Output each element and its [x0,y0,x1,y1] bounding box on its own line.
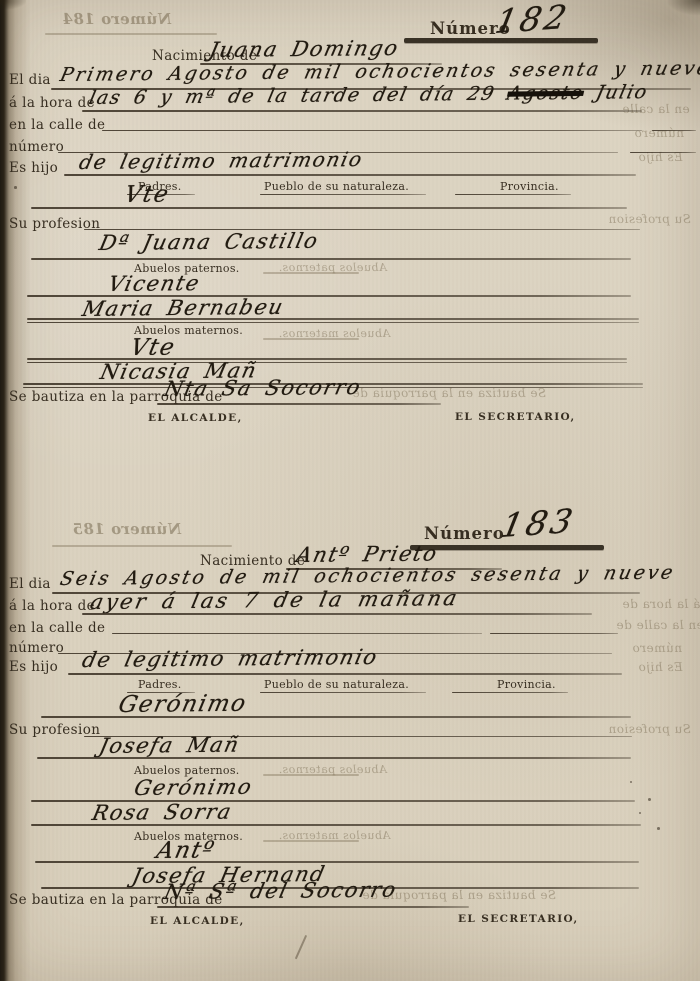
ghost-text: Es hijo [637,660,683,674]
ghost-text: en la calle de [615,618,700,632]
ink-speck [630,781,632,783]
ink-speck [657,827,660,830]
ghost-text: Su profesion [607,722,691,736]
time-handwritten: las 6 y mª de la tarde del día 29 Agosto… [87,81,650,109]
time-crossed-out-word: Agosto [505,82,586,105]
time-part: las 6 y mª de la tarde del día 29 [87,83,497,109]
parish-handwritten: Nª Sª del Socorro [162,878,400,904]
rule [112,633,482,634]
rule [102,130,642,131]
maternal-grandfather-handwritten: Antº [154,837,218,864]
calle-label: en la calle de [9,620,105,636]
rule [31,258,631,260]
paper-fiber [295,935,307,959]
entry-number-value: 183 [498,501,579,545]
father-name-handwritten: Vte [122,182,172,208]
hijo-label: Es hijo [9,659,58,675]
rule [35,861,639,863]
alcalde-label: EL ALCALDE, [148,412,243,424]
ink-speck [648,798,651,801]
dia-label: El dia [9,72,51,88]
numero-line-label: número [9,139,64,155]
ghost-text: número [633,126,684,140]
corner-shadow [0,0,26,10]
ghost-text: número [631,641,682,655]
provincia-label: Provincia. [497,678,556,691]
ink-speck [14,186,17,189]
provincia-label: Provincia. [500,180,559,193]
father-name-handwritten: Gerónimo [116,691,249,718]
rule [27,318,639,320]
ghost-text: Número 185 [71,520,182,538]
rule [41,716,631,718]
rule [157,403,441,405]
mother-name-handwritten: Dª Juana Castillo [97,229,321,255]
corner-shadow [666,0,700,16]
rule [68,673,622,675]
legitimacy-handwritten: de legitimo matrimonio [80,645,381,672]
rule [260,194,426,195]
hora-label: á la hora de [9,598,95,614]
ghost-line [263,338,359,340]
ghost-line [52,545,232,547]
child-name-handwritten: Juana Domingo [207,36,401,62]
time-handwritten: ayer á las 7 de la mañana [88,586,462,614]
calle-label: en la calle de [9,117,105,133]
rule [31,207,627,209]
pueblo-label: Pueblo de su naturaleza. [264,180,409,193]
ghost-line [263,774,359,776]
padres-label: Padres. [138,678,182,691]
rule [452,692,568,693]
ghost-line [263,272,359,274]
hijo-label: Es hijo [9,160,58,176]
rule [64,174,636,176]
rule [27,322,639,323]
date-handwritten: Seis Agosto de mil ochocientos sesenta y… [58,562,677,590]
alcalde-label: EL ALCALDE, [150,915,245,927]
secretario-label: EL SECRETARIO, [455,411,576,423]
time-part: Julio [594,81,650,104]
rule [37,757,631,759]
rule [455,194,571,195]
hora-label: á la hora de [9,95,95,111]
legitimacy-handwritten: de legitimo matrimonio [77,147,366,174]
time-part: ayer á las 7 de la mañana [88,586,462,614]
register-page-scan: Número 184 en la calle número Es hijo Su… [0,0,700,981]
rule [157,906,469,908]
pueblo-label: Pueblo de su naturaleza. [264,678,409,691]
ghost-text: Su profesion [607,212,691,226]
dia-label: El dia [9,576,51,592]
mother-name-handwritten: Josefa Mañ [97,733,242,758]
ghost-text: á la hora de [621,597,700,611]
ghost-text: en la calle [621,102,690,116]
rule [82,613,592,615]
parish-handwritten: Nta Sa Socorro [162,375,364,401]
ghost-text: Se bautiza en la parroquia de [351,386,547,400]
ghost-line [263,840,359,842]
rule [490,633,618,634]
rule [31,824,641,826]
numero-label: Número [424,524,505,543]
ghost-line [45,33,217,35]
rule [260,692,426,693]
ghost-text: Número 184 [61,10,172,28]
ink-speck [639,812,641,814]
secretario-label: EL SECRETARIO, [458,913,579,925]
child-name-handwritten: Antº Prieto [294,542,440,567]
paternal-grandmother-handwritten: Rosa Sorra [90,800,235,825]
paternal-grandfather-handwritten: Gerónimo [132,775,255,800]
numero-underbar [404,38,598,43]
rule [82,110,642,112]
numero-line-label: número [9,640,64,656]
paternal-grandfather-handwritten: Vicente [106,271,203,296]
entry-number-value: 182 [492,0,573,41]
